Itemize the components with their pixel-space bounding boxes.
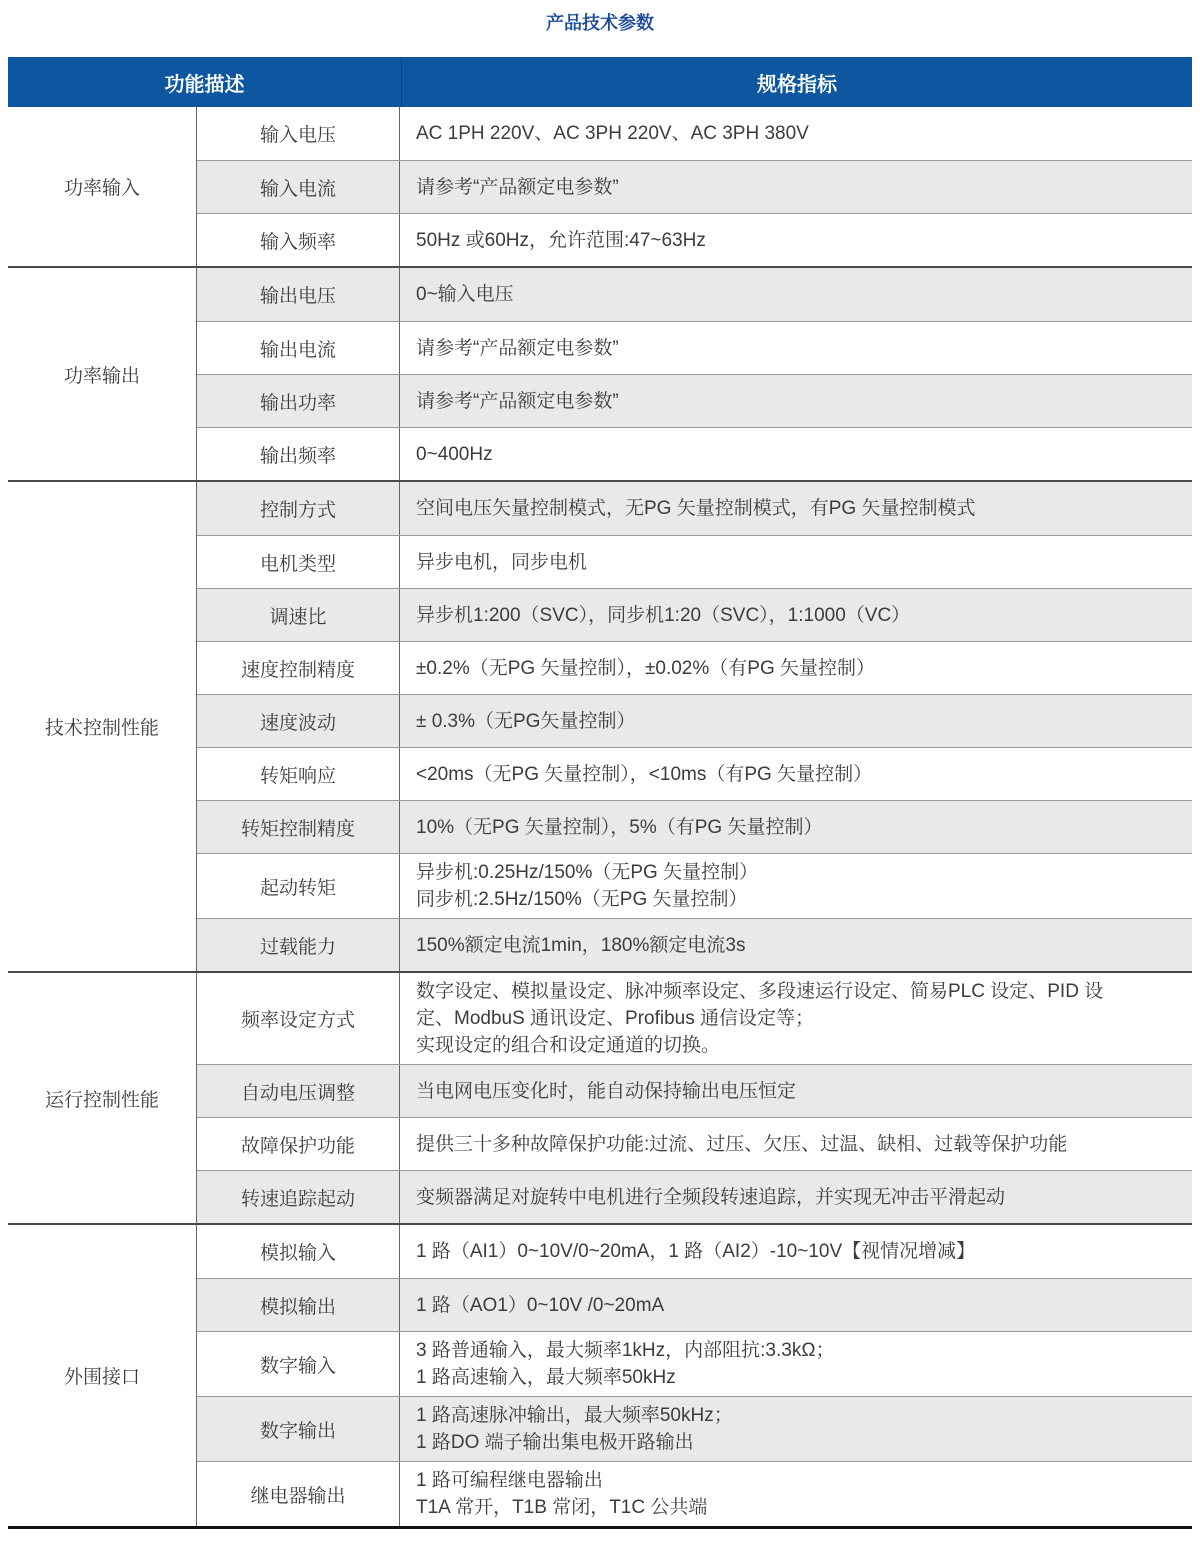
group-rows: 模拟输入1 路（AI1）0~10V/0~20mA，1 路（AI2）-10~10V… (197, 1225, 1192, 1526)
param-value: 1 路可编程继电器输出 T1A 常开，T1B 常闭，T1C 公共端 (400, 1462, 1192, 1526)
group-label: 功率输入 (8, 107, 197, 266)
param-value: 数字设定、模拟量设定、脉冲频率设定、多段速运行设定、简易PLC 设定、PID 设… (400, 973, 1192, 1064)
table-body: 功率输入输入电压AC 1PH 220V、AC 3PH 220V、AC 3PH 3… (8, 107, 1192, 1526)
table-row: 输入频率50Hz 或60Hz，允许范围:47~63Hz (197, 213, 1192, 266)
param-name: 转速追踪起动 (197, 1171, 400, 1223)
param-value: 1 路（AO1）0~10V /0~20mA (400, 1279, 1192, 1331)
group-label: 技术控制性能 (8, 482, 197, 971)
param-value: 50Hz 或60Hz，允许范围:47~63Hz (400, 214, 1192, 266)
table-row: 输出电流请参考“产品额定电参数” (197, 321, 1192, 374)
table-row: 起动转矩异步机:0.25Hz/150%（无PG 矢量控制） 同步机:2.5Hz/… (197, 853, 1192, 918)
table-row: 数字输入3 路普通输入，最大频率1kHz，内部阻抗:3.3kΩ； 1 路高速输入… (197, 1331, 1192, 1396)
header-cell-spec: 规格指标 (402, 57, 1192, 107)
group-rows: 控制方式空间电压矢量控制模式，无PG 矢量控制模式，有PG 矢量控制模式电机类型… (197, 482, 1192, 971)
table-row: 控制方式空间电压矢量控制模式，无PG 矢量控制模式，有PG 矢量控制模式 (197, 482, 1192, 535)
spec-group: 技术控制性能控制方式空间电压矢量控制模式，无PG 矢量控制模式，有PG 矢量控制… (8, 480, 1192, 971)
page-title: 产品技术参数 (0, 13, 1200, 34)
table-row: 输出功率请参考“产品额定电参数” (197, 374, 1192, 427)
param-name: 频率设定方式 (197, 973, 400, 1064)
param-name: 输出功率 (197, 375, 400, 427)
param-value: ±0.2%（无PG 矢量控制），±0.02%（有PG 矢量控制） (400, 642, 1192, 694)
table-row: 故障保护功能提供三十多种故障保护功能:过流、过压、欠压、过温、缺相、过载等保护功… (197, 1117, 1192, 1170)
spec-group: 运行控制性能频率设定方式数字设定、模拟量设定、脉冲频率设定、多段速运行设定、简易… (8, 971, 1192, 1223)
param-value: 3 路普通输入，最大频率1kHz，内部阻抗:3.3kΩ； 1 路高速输入，最大频… (400, 1332, 1192, 1396)
param-value: 变频器满足对旋转中电机进行全频段转速追踪，并实现无冲击平滑起动 (400, 1171, 1192, 1223)
table-row: 速度波动± 0.3%（无PG矢量控制） (197, 694, 1192, 747)
table-row: 输入电压AC 1PH 220V、AC 3PH 220V、AC 3PH 380V (197, 107, 1192, 160)
param-value: 1 路高速脉冲输出，最大频率50kHz； 1 路DO 端子输出集电极开路输出 (400, 1397, 1192, 1461)
param-value: 10%（无PG 矢量控制），5%（有PG 矢量控制） (400, 801, 1192, 853)
param-value: AC 1PH 220V、AC 3PH 220V、AC 3PH 380V (400, 107, 1192, 160)
param-value: 异步机1:200（SVC），同步机1:20（SVC），1:1000（VC） (400, 589, 1192, 641)
group-rows: 频率设定方式数字设定、模拟量设定、脉冲频率设定、多段速运行设定、简易PLC 设定… (197, 973, 1192, 1223)
table-row: 输入电流请参考“产品额定电参数” (197, 160, 1192, 213)
group-label: 功率输出 (8, 268, 197, 480)
table-row: 输出频率0~400Hz (197, 427, 1192, 480)
param-value: 请参考“产品额定电参数” (400, 375, 1192, 427)
param-name: 输入频率 (197, 214, 400, 266)
param-value: 空间电压矢量控制模式，无PG 矢量控制模式，有PG 矢量控制模式 (400, 482, 1192, 535)
group-rows: 输入电压AC 1PH 220V、AC 3PH 220V、AC 3PH 380V输… (197, 107, 1192, 266)
param-name: 控制方式 (197, 482, 400, 535)
table-row: 模拟输入1 路（AI1）0~10V/0~20mA，1 路（AI2）-10~10V… (197, 1225, 1192, 1278)
param-value: 异步电机，同步电机 (400, 536, 1192, 588)
spec-group: 功率输入输入电压AC 1PH 220V、AC 3PH 220V、AC 3PH 3… (8, 107, 1192, 266)
table-row: 数字输出1 路高速脉冲输出，最大频率50kHz； 1 路DO 端子输出集电极开路… (197, 1396, 1192, 1461)
table-row: 过载能力150%额定电流1min，180%额定电流3s (197, 918, 1192, 971)
table-row: 自动电压调整当电网电压变化时，能自动保持输出电压恒定 (197, 1064, 1192, 1117)
param-name: 继电器输出 (197, 1462, 400, 1526)
param-value: 0~输入电压 (400, 268, 1192, 321)
param-name: 电机类型 (197, 536, 400, 588)
table-row: 模拟输出1 路（AO1）0~10V /0~20mA (197, 1278, 1192, 1331)
param-name: 自动电压调整 (197, 1065, 400, 1117)
param-name: 速度控制精度 (197, 642, 400, 694)
param-name: 转矩响应 (197, 748, 400, 800)
param-name: 模拟输入 (197, 1225, 400, 1278)
param-name: 起动转矩 (197, 854, 400, 918)
param-name: 数字输入 (197, 1332, 400, 1396)
param-value: ± 0.3%（无PG矢量控制） (400, 695, 1192, 747)
param-name: 输入电压 (197, 107, 400, 160)
param-name: 调速比 (197, 589, 400, 641)
table-row: 转速追踪起动变频器满足对旋转中电机进行全频段转速追踪，并实现无冲击平滑起动 (197, 1170, 1192, 1223)
table-row: 转矩响应<20ms（无PG 矢量控制），<10ms（有PG 矢量控制） (197, 747, 1192, 800)
param-name: 速度波动 (197, 695, 400, 747)
param-value: 异步机:0.25Hz/150%（无PG 矢量控制） 同步机:2.5Hz/150%… (400, 854, 1192, 918)
table-row: 调速比异步机1:200（SVC），同步机1:20（SVC），1:1000（VC） (197, 588, 1192, 641)
param-name: 过载能力 (197, 919, 400, 971)
table-row: 转矩控制精度10%（无PG 矢量控制），5%（有PG 矢量控制） (197, 800, 1192, 853)
param-name: 故障保护功能 (197, 1118, 400, 1170)
spec-group: 外围接口模拟输入1 路（AI1）0~10V/0~20mA，1 路（AI2）-10… (8, 1223, 1192, 1526)
group-rows: 输出电压0~输入电压输出电流请参考“产品额定电参数”输出功率请参考“产品额定电参… (197, 268, 1192, 480)
table-row: 频率设定方式数字设定、模拟量设定、脉冲频率设定、多段速运行设定、简易PLC 设定… (197, 973, 1192, 1064)
param-name: 模拟输出 (197, 1279, 400, 1331)
spec-group: 功率输出输出电压0~输入电压输出电流请参考“产品额定电参数”输出功率请参考“产品… (8, 266, 1192, 480)
table-header-row: 功能描述 规格指标 (8, 57, 1192, 107)
param-value: 1 路（AI1）0~10V/0~20mA，1 路（AI2）-10~10V【视情况… (400, 1225, 1192, 1278)
table-row: 输出电压0~输入电压 (197, 268, 1192, 321)
table-row: 电机类型异步电机，同步电机 (197, 535, 1192, 588)
param-value: 提供三十多种故障保护功能:过流、过压、欠压、过温、缺相、过载等保护功能 (400, 1118, 1192, 1170)
param-value: 请参考“产品额定电参数” (400, 322, 1192, 374)
table-row: 继电器输出1 路可编程继电器输出 T1A 常开，T1B 常闭，T1C 公共端 (197, 1461, 1192, 1526)
param-value: 150%额定电流1min，180%额定电流3s (400, 919, 1192, 971)
param-name: 输出电压 (197, 268, 400, 321)
param-value: 0~400Hz (400, 428, 1192, 480)
group-label: 运行控制性能 (8, 973, 197, 1223)
param-value: 当电网电压变化时，能自动保持输出电压恒定 (400, 1065, 1192, 1117)
param-name: 输出频率 (197, 428, 400, 480)
param-value: <20ms（无PG 矢量控制），<10ms（有PG 矢量控制） (400, 748, 1192, 800)
table-row: 速度控制精度±0.2%（无PG 矢量控制），±0.02%（有PG 矢量控制） (197, 641, 1192, 694)
header-cell-function: 功能描述 (8, 57, 402, 107)
param-name: 输出电流 (197, 322, 400, 374)
param-name: 转矩控制精度 (197, 801, 400, 853)
spec-table: 功能描述 规格指标 功率输入输入电压AC 1PH 220V、AC 3PH 220… (8, 57, 1192, 1529)
group-label: 外围接口 (8, 1225, 197, 1526)
param-name: 数字输出 (197, 1397, 400, 1461)
param-value: 请参考“产品额定电参数” (400, 161, 1192, 213)
param-name: 输入电流 (197, 161, 400, 213)
